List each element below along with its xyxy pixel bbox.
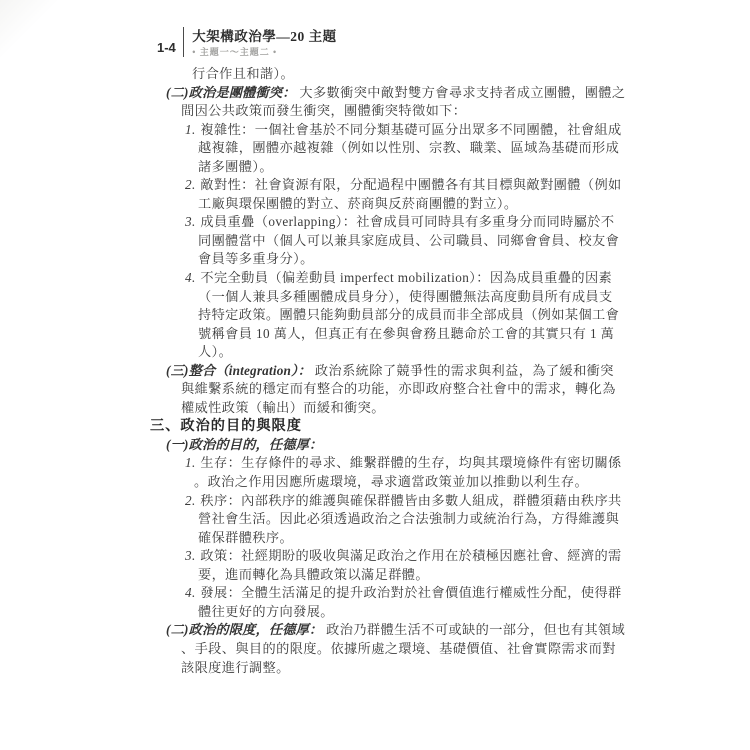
line-lead: (三)整合（integration）： [166,363,311,378]
line-text: 會員等多重身分）。 [198,251,314,266]
text-line: 3. 政策：社經期盼的吸收與滿足政治之作用在於積極因應社會、經濟的需 [185,547,620,566]
text-line: 人）。 [198,343,620,362]
text-line: 。政治之作用因應所處環境，尋求適當政策並加以推動以利生存。 [194,473,620,492]
line-text: 秩序：內部秩序的維護與確保群體皆由多數人組成，群體須藉由秩序共 [200,493,621,508]
text-line: 間因公共政策而發生衝突，團體衝突特徵如下： [181,102,620,121]
text-line: (三)整合（integration）： 政治系統除了競爭性的需求與利益，為了緩和… [166,362,620,381]
book-page: 1-4 大架構政治學—20 主題 • 主題一～主題二 • 行合作且和諧）。 (二… [0,0,750,750]
line-lead: 4. [185,585,196,600]
line-text: 、手段、與目的的限度。依據所處之環境、基礎價值、社會實際需求而對 [181,641,616,656]
text-line: 2. 秩序：內部秩序的維護與確保群體皆由多數人組成，群體須藉由秩序共 [185,492,620,511]
text-line: 號稱會員 10 萬人，但真正有在參與會務且聽命於工會的其實只有 1 萬 [198,325,620,344]
header-divider [183,27,185,57]
text-line: 行合作且和諧）。 [192,65,620,84]
text-line: 3. 成員重疊（overlapping）：社會成員可同時具有多重身分而同時屬於不 [185,213,620,232]
line-text: 發展：全體生活滿足的提升政治對於社會價值進行權威性分配，使得群 [200,585,621,600]
text-line: 工廠與環保團體的對立、菸商與反菸商團體的對立）。 [198,195,620,214]
header-subtitle: • 主題一～主題二 • [192,47,336,57]
line-lead: 1. [185,122,196,137]
page-number: 1-4 [157,40,176,57]
text-line: 1. 複雜性：一個社會基於不同分類基礎可區分出眾多不同團體，社會組成 [185,121,620,140]
line-text: 大多數衝突中敵對雙方會尋求支持者成立團體，團體之 [299,85,625,100]
line-lead: 3. [185,214,196,229]
line-text: 政治乃群體生活不可或缺的一部分，但也有其領域 [326,622,625,637]
text-line: (二)政治的限度，任德厚： 政治乃群體生活不可或缺的一部分，但也有其領域 [166,621,620,640]
text-line: (二)政治是團體衝突： 大多數衝突中敵對雙方會尋求支持者成立團體，團體之 [166,84,620,103]
text-line: （一個人兼具多種團體成員身分），使得團體無法高度動員所有成員支 [198,288,620,307]
text-line: (一)政治的目的，任德厚： [166,436,620,455]
header-titles: 大架構政治學—20 主題 • 主題一～主題二 • [192,29,336,57]
text-line: 體往更好的方向發展。 [198,603,620,622]
line-text: 越複雜，團體亦越複雜（例如以性別、宗教、職業、區域為基礎而形成 [198,140,619,155]
running-header: 1-4 大架構政治學—20 主題 • 主題一～主題二 • [157,27,337,57]
line-text: 成員重疊（overlapping）：社會成員可同時具有多重身分而同時屬於不 [200,214,614,229]
text-line: 、手段、與目的的限度。依據所處之環境、基礎價值、社會實際需求而對 [181,640,620,659]
line-text: 營社會生活。因此必須透過政治之合法強制力或統治行為，方得維護與 [198,511,619,526]
text-line: 該限度進行調整。 [181,659,620,678]
line-text: 號稱會員 10 萬人，但真正有在參與會務且聽命於工會的其實只有 1 萬 [198,326,614,341]
line-text: 諸多團體）。 [198,159,273,174]
text-line: 確保群體秩序。 [198,529,620,548]
text-line: 4. 不完全動員（偏差動員 imperfect mobilization）：因為… [185,269,620,288]
line-lead: 3. [185,548,196,563]
line-text: （一個人兼具多種團體成員身分），使得團體無法高度動員所有成員支 [198,289,613,304]
text-line: 1. 生存：生存條件的尋求、維繫群體的生存，均與其環境條件有密切關係 [185,454,620,473]
line-lead: 2. [185,177,196,192]
line-text: 人）。 [198,344,232,359]
line-text: 確保群體秩序。 [198,530,293,545]
line-text: 敵對性：社會資源有限，分配過程中團體各有其目標與敵對團體（例如 [200,177,621,192]
text-line: 要，進而轉化為具體政策以滿足群體。 [198,566,620,585]
line-text: 複雜性：一個社會基於不同分類基礎可區分出眾多不同團體，社會組成 [200,122,621,137]
line-text: 持特定政策。團體只能夠動員部分的成員而非全部成員（例如某個工會 [198,307,619,322]
line-lead: (二)政治是團體衝突： [166,85,296,100]
line-text: 間因公共政策而發生衝突，團體衝突特徵如下： [181,103,466,118]
book-title: 大架構政治學—20 主題 [192,29,336,45]
text-line: 諸多團體）。 [198,158,620,177]
text-line: 4. 發展：全體生活滿足的提升政治對於社會價值進行權威性分配，使得群 [185,584,620,603]
text-line: 會員等多重身分）。 [198,250,620,269]
text-line: 同團體當中（個人可以兼具家庭成員、公司職員、同鄉會會員、校友會 [198,232,620,251]
line-text: 該限度進行調整。 [181,660,290,675]
line-text: 體往更好的方向發展。 [198,604,334,619]
line-text: 三、政治的目的與限度 [150,418,302,434]
line-text: 工廠與環保團體的對立、菸商與反菸商團體的對立）。 [198,196,518,211]
line-text: 不完全動員（偏差動員 imperfect mobilization）：因為成員重… [200,270,612,285]
text-line: 三、政治的目的與限度 [150,417,620,436]
line-text: 政策：社經期盼的吸收與滿足政治之作用在於積極因應社會、經濟的需 [200,548,621,563]
line-lead: (一)政治的目的，任德厚： [166,437,322,452]
line-text: 生存：生存條件的尋求、維繫群體的生存，均與其環境條件有密切關係 [200,455,621,470]
line-lead: 2. [185,493,196,508]
line-text: 政治系統除了競爭性的需求與利益，為了緩和衝突 [315,363,614,378]
line-lead: 4. [185,270,196,285]
text-line: 越複雜，團體亦越複雜（例如以性別、宗教、職業、區域為基礎而形成 [198,139,620,158]
line-lead: (二)政治的限度，任德厚： [166,622,322,637]
line-lead: 1. [185,455,196,470]
text-line: 與維繫系統的穩定而有整合的功能，亦即政府整合社會中的需求，轉化為 [181,380,620,399]
line-text: 權威性政策（輸出）而緩和衝突。 [181,400,385,415]
line-text: 。政治之作用因應所處環境，尋求適當政策並加以推動以利生存。 [194,474,588,489]
line-text: 要，進而轉化為具體政策以滿足群體。 [198,567,429,582]
text-line: 持特定政策。團體只能夠動員部分的成員而非全部成員（例如某個工會 [198,306,620,325]
line-text: 同團體當中（個人可以兼具家庭成員、公司職員、同鄉會會員、校友會 [198,233,619,248]
body-lines: 行合作且和諧）。 (二)政治是團體衝突： 大多數衝突中敵對雙方會尋求支持者成立團… [150,65,620,677]
text-line: 2. 敵對性：社會資源有限，分配過程中團體各有其目標與敵對團體（例如 [185,176,620,195]
text-line: 權威性政策（輸出）而緩和衝突。 [181,399,620,418]
text-line: 營社會生活。因此必須透過政治之合法強制力或統治行為，方得維護與 [198,510,620,529]
line-text: 行合作且和諧）。 [192,66,294,81]
line-text: 與維繫系統的穩定而有整合的功能，亦即政府整合社會中的需求，轉化為 [181,381,616,396]
